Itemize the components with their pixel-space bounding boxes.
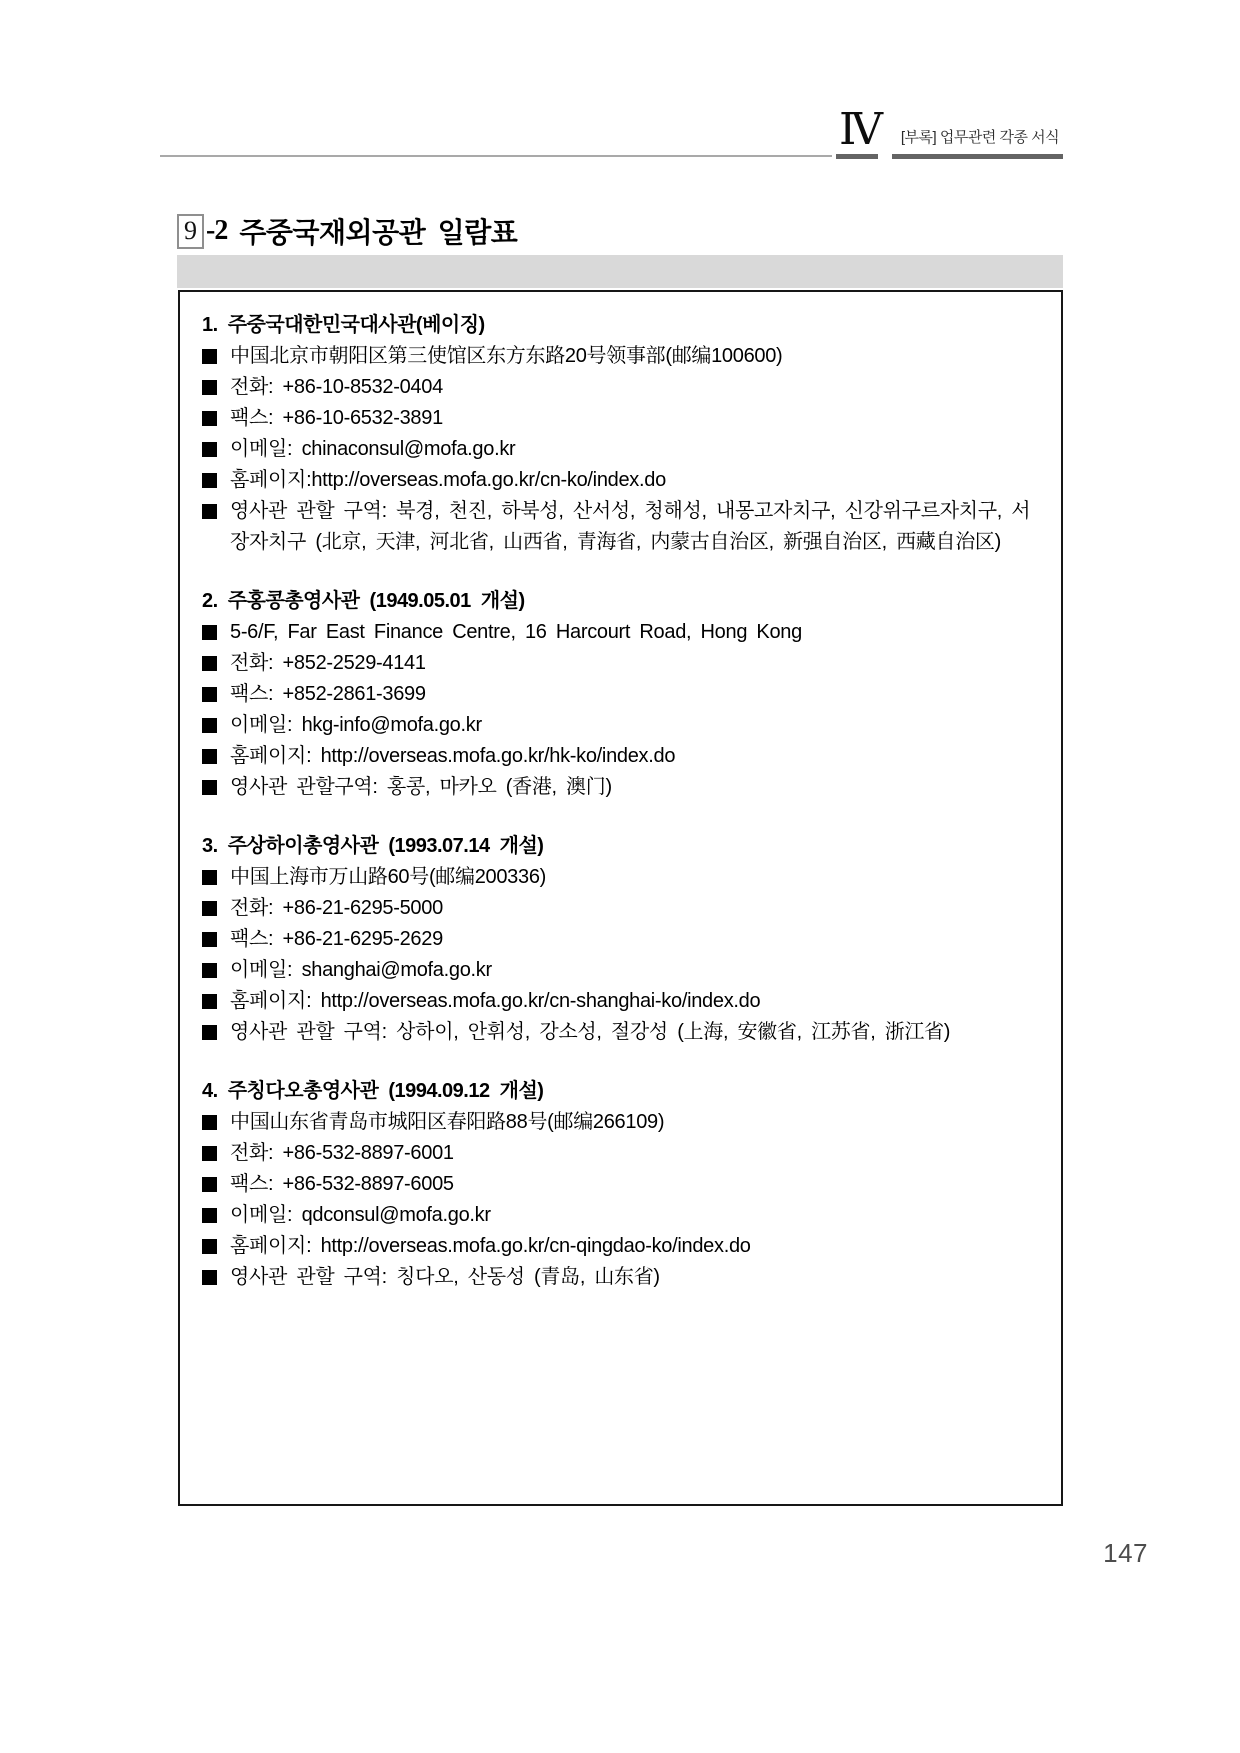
list-item-address: 5-6/F, Far East Finance Centre, 16 Harco… — [202, 617, 1041, 648]
section-hongkong-consulate: 2. 주홍콩총영사관 (1949.05.01 개설) 5-6/F, Far Ea… — [202, 586, 1041, 803]
list-item-homepage: 홈페이지: http://overseas.mofa.go.kr/cn-qing… — [202, 1231, 1041, 1262]
bullet-square-icon — [202, 1115, 217, 1130]
header-rule-dark-under-numeral — [836, 154, 878, 159]
item-text: 팩스: +86-21-6295-2629 — [230, 924, 1041, 955]
item-text: 영사관 관할 구역: 칭다오, 산동성 (青岛, 山东省) — [230, 1262, 1041, 1293]
bullet-square-icon — [202, 380, 217, 395]
list-item-fax: 팩스: +86-10-6532-3891 — [202, 403, 1041, 434]
item-text: 이메일: chinaconsul@mofa.go.kr — [230, 434, 1041, 465]
item-text: 홈페이지: http://overseas.mofa.go.kr/cn-shan… — [230, 986, 1041, 1017]
bullet-square-icon — [202, 780, 217, 795]
item-text: 전화: +86-10-8532-0404 — [230, 372, 1041, 403]
bullet-square-icon — [202, 1208, 217, 1223]
list-item-fax: 팩스: +852-2861-3699 — [202, 679, 1041, 710]
list-item-phone: 전화: +852-2529-4141 — [202, 648, 1041, 679]
list-item-phone: 전화: +86-10-8532-0404 — [202, 372, 1041, 403]
list-item-address: 中国上海市万山路60号(邮编200336) — [202, 862, 1041, 893]
item-text: 팩스: +86-532-8897-6005 — [230, 1169, 1041, 1200]
item-text: 홈페이지:http://overseas.mofa.go.kr/cn-ko/in… — [230, 465, 1041, 496]
header-rule-light — [160, 155, 832, 157]
page-number: 147 — [1103, 1538, 1148, 1568]
item-text: 5-6/F, Far East Finance Centre, 16 Harco… — [230, 617, 1041, 648]
bullet-square-icon — [202, 442, 217, 457]
title-divider-bar — [177, 255, 1063, 288]
section-qingdao-consulate: 4. 주칭다오총영사관 (1994.09.12 개설) 中国山东省青岛市城阳区春… — [202, 1076, 1041, 1293]
section-heading: 1. 주중국대한민국대사관(베이징) — [202, 310, 1041, 341]
bullet-square-icon — [202, 932, 217, 947]
item-text: 中国山东省青岛市城阳区春阳路88号(邮编266109) — [230, 1107, 1041, 1138]
item-text: 홈페이지: http://overseas.mofa.go.kr/cn-qing… — [230, 1231, 1041, 1262]
bullet-square-icon — [202, 473, 217, 488]
section-shanghai-consulate: 3. 주상하이총영사관 (1993.07.14 개설) 中国上海市万山路60号(… — [202, 831, 1041, 1048]
bullet-square-icon — [202, 1239, 217, 1254]
bullet-square-icon — [202, 1270, 217, 1285]
bullet-square-icon — [202, 411, 217, 426]
bullet-square-icon — [202, 1025, 217, 1040]
item-text: 전화: +86-532-8897-6001 — [230, 1138, 1041, 1169]
list-item-address: 中国北京市朝阳区第三使馆区东方东路20号领事部(邮编100600) — [202, 341, 1041, 372]
list-item-homepage: 홈페이지: http://overseas.mofa.go.kr/cn-shan… — [202, 986, 1041, 1017]
bullet-square-icon — [202, 749, 217, 764]
bullet-square-icon — [202, 901, 217, 916]
header-rule-dark-under-label — [892, 154, 1063, 159]
section-heading: 3. 주상하이총영사관 (1993.07.14 개설) — [202, 831, 1041, 862]
section-beijing-embassy: 1. 주중국대한민국대사관(베이징) 中国北京市朝阳区第三使馆区东方东路20号领… — [202, 310, 1041, 558]
list-item-phone: 전화: +86-532-8897-6001 — [202, 1138, 1041, 1169]
list-item-fax: 팩스: +86-21-6295-2629 — [202, 924, 1041, 955]
bullet-square-icon — [202, 963, 217, 978]
bullet-square-icon — [202, 994, 217, 1009]
mission-list-box: 1. 주중국대한민국대사관(베이징) 中国北京市朝阳区第三使馆区东方东路20号领… — [178, 290, 1063, 1506]
item-text: 中国北京市朝阳区第三使馆区东方东路20号领事部(邮编100600) — [230, 341, 1041, 372]
list-item-email: 이메일: chinaconsul@mofa.go.kr — [202, 434, 1041, 465]
chapter-numeral: Ⅳ — [839, 108, 883, 152]
item-text: 영사관 관할 구역: 상하이, 안휘성, 강소성, 절강성 (上海, 安徽省, … — [230, 1017, 1041, 1048]
list-item-email: 이메일: shanghai@mofa.go.kr — [202, 955, 1041, 986]
section-heading: 4. 주칭다오총영사관 (1994.09.12 개설) — [202, 1076, 1041, 1107]
list-item-jurisdiction: 영사관 관할 구역: 상하이, 안휘성, 강소성, 절강성 (上海, 安徽省, … — [202, 1017, 1041, 1048]
bullet-square-icon — [202, 349, 217, 364]
list-item-phone: 전화: +86-21-6295-5000 — [202, 893, 1041, 924]
title-text: 주중국재외공관 일람표 — [239, 211, 517, 251]
item-text: 이메일: shanghai@mofa.go.kr — [230, 955, 1041, 986]
title-number-box: 9 — [177, 214, 204, 249]
document-page: Ⅳ [부록] 업무관련 각종 서식 9 -2 주중국재외공관 일람표 1. 주중… — [0, 0, 1240, 1753]
list-item-address: 中国山东省青岛市城阳区春阳路88号(邮编266109) — [202, 1107, 1041, 1138]
bullet-square-icon — [202, 718, 217, 733]
list-item-jurisdiction: 영사관 관할 구역: 칭다오, 산동성 (青岛, 山东省) — [202, 1262, 1041, 1293]
title-number-suffix: -2 — [206, 215, 227, 247]
list-item-homepage: 홈페이지:http://overseas.mofa.go.kr/cn-ko/in… — [202, 465, 1041, 496]
list-item-email: 이메일: qdconsul@mofa.go.kr — [202, 1200, 1041, 1231]
list-item-homepage: 홈페이지: http://overseas.mofa.go.kr/hk-ko/i… — [202, 741, 1041, 772]
bullet-square-icon — [202, 1146, 217, 1161]
item-text: 영사관 관할 구역: 북경, 천진, 하북성, 산서성, 청해성, 내몽고자치구… — [230, 496, 1041, 558]
item-text: 中国上海市万山路60号(邮编200336) — [230, 862, 1041, 893]
list-item-email: 이메일: hkg-info@mofa.go.kr — [202, 710, 1041, 741]
item-text: 전화: +86-21-6295-5000 — [230, 893, 1041, 924]
document-title: 9 -2 주중국재외공관 일람표 — [177, 211, 517, 251]
item-text: 팩스: +86-10-6532-3891 — [230, 403, 1041, 434]
section-heading: 2. 주홍콩총영사관 (1949.05.01 개설) — [202, 586, 1041, 617]
chapter-label: [부록] 업무관련 각종 서식 — [897, 128, 1063, 148]
bullet-square-icon — [202, 625, 217, 640]
item-text: 팩스: +852-2861-3699 — [230, 679, 1041, 710]
bullet-square-icon — [202, 687, 217, 702]
bullet-square-icon — [202, 1177, 217, 1192]
bullet-square-icon — [202, 870, 217, 885]
bullet-square-icon — [202, 656, 217, 671]
item-text: 이메일: hkg-info@mofa.go.kr — [230, 710, 1041, 741]
item-text: 전화: +852-2529-4141 — [230, 648, 1041, 679]
item-text: 이메일: qdconsul@mofa.go.kr — [230, 1200, 1041, 1231]
list-item-fax: 팩스: +86-532-8897-6005 — [202, 1169, 1041, 1200]
bullet-square-icon — [202, 504, 217, 519]
list-item-jurisdiction: 영사관 관할구역: 홍콩, 마카오 (香港, 澳门) — [202, 772, 1041, 803]
list-item-jurisdiction: 영사관 관할 구역: 북경, 천진, 하북성, 산서성, 청해성, 내몽고자치구… — [202, 496, 1041, 558]
item-text: 홈페이지: http://overseas.mofa.go.kr/hk-ko/i… — [230, 741, 1041, 772]
item-text: 영사관 관할구역: 홍콩, 마카오 (香港, 澳门) — [230, 772, 1041, 803]
